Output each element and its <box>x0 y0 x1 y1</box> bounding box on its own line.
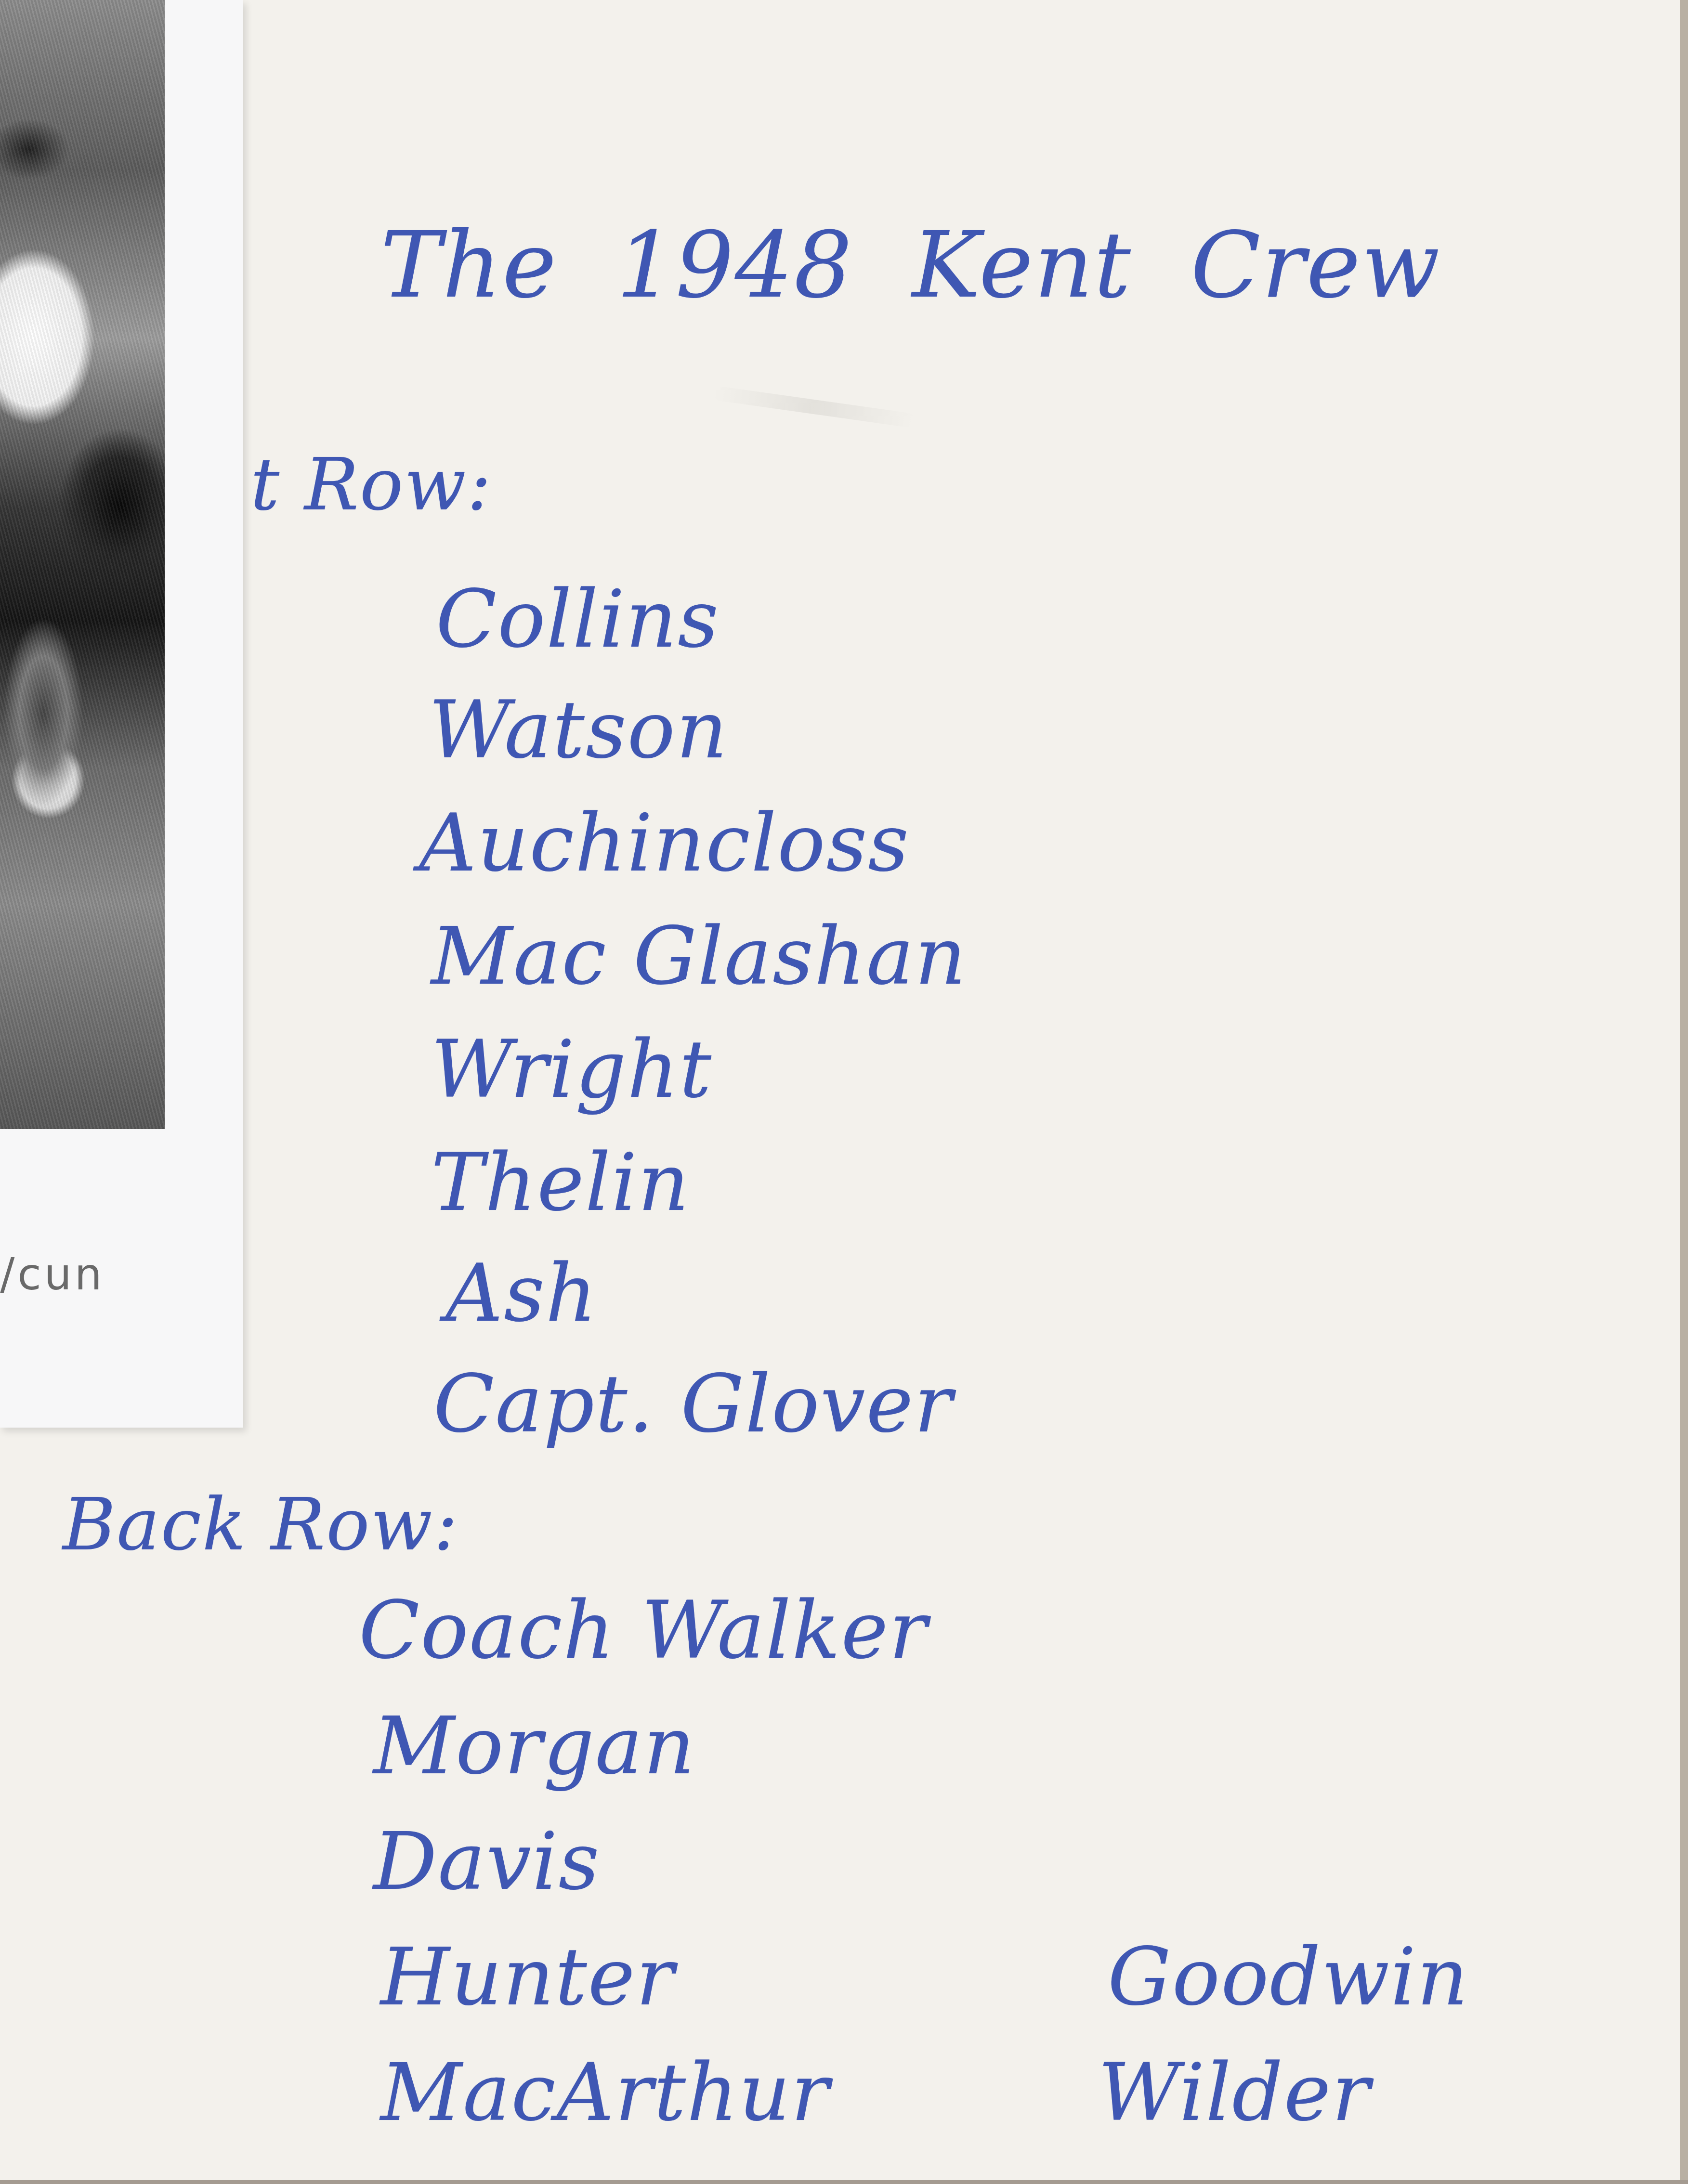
front-row-name: Ash <box>445 1247 598 1339</box>
front-row-name: Watson <box>429 684 728 776</box>
front-row-name: Mac Glashan <box>431 910 967 1002</box>
page-title: The 1948 Kent Crew <box>380 212 1441 318</box>
album-page <box>0 0 1680 2180</box>
front-row-name: Capt. Glover <box>433 1358 953 1450</box>
back-row-name: Morgan <box>373 1700 695 1792</box>
back-row-name: Coach Walker <box>359 1584 928 1677</box>
page-edge-bottom <box>0 2180 1688 2184</box>
back-row-name: Davis <box>373 1815 600 1908</box>
back-row-label: Back Row: <box>63 1483 458 1567</box>
front-row-name: Collins <box>436 573 720 665</box>
front-row-name: Wright <box>431 1023 712 1116</box>
front-row-name: Auchincloss <box>419 797 910 889</box>
back-row-name: Wilder <box>1098 2046 1371 2139</box>
back-row-name: MacArthur <box>380 2046 830 2139</box>
page-edge-right <box>1680 0 1688 2184</box>
back-row-name: Hunter <box>380 1931 675 2023</box>
back-row-name: Goodwin <box>1108 1931 1469 2023</box>
front-row-label: t Row: <box>250 443 492 527</box>
mounted-photograph: /cun <box>0 0 243 1428</box>
front-row-name: Thelin <box>431 1136 690 1229</box>
photo-image <box>0 0 165 1129</box>
photo-caption-fragment: /cun <box>0 1249 144 1300</box>
